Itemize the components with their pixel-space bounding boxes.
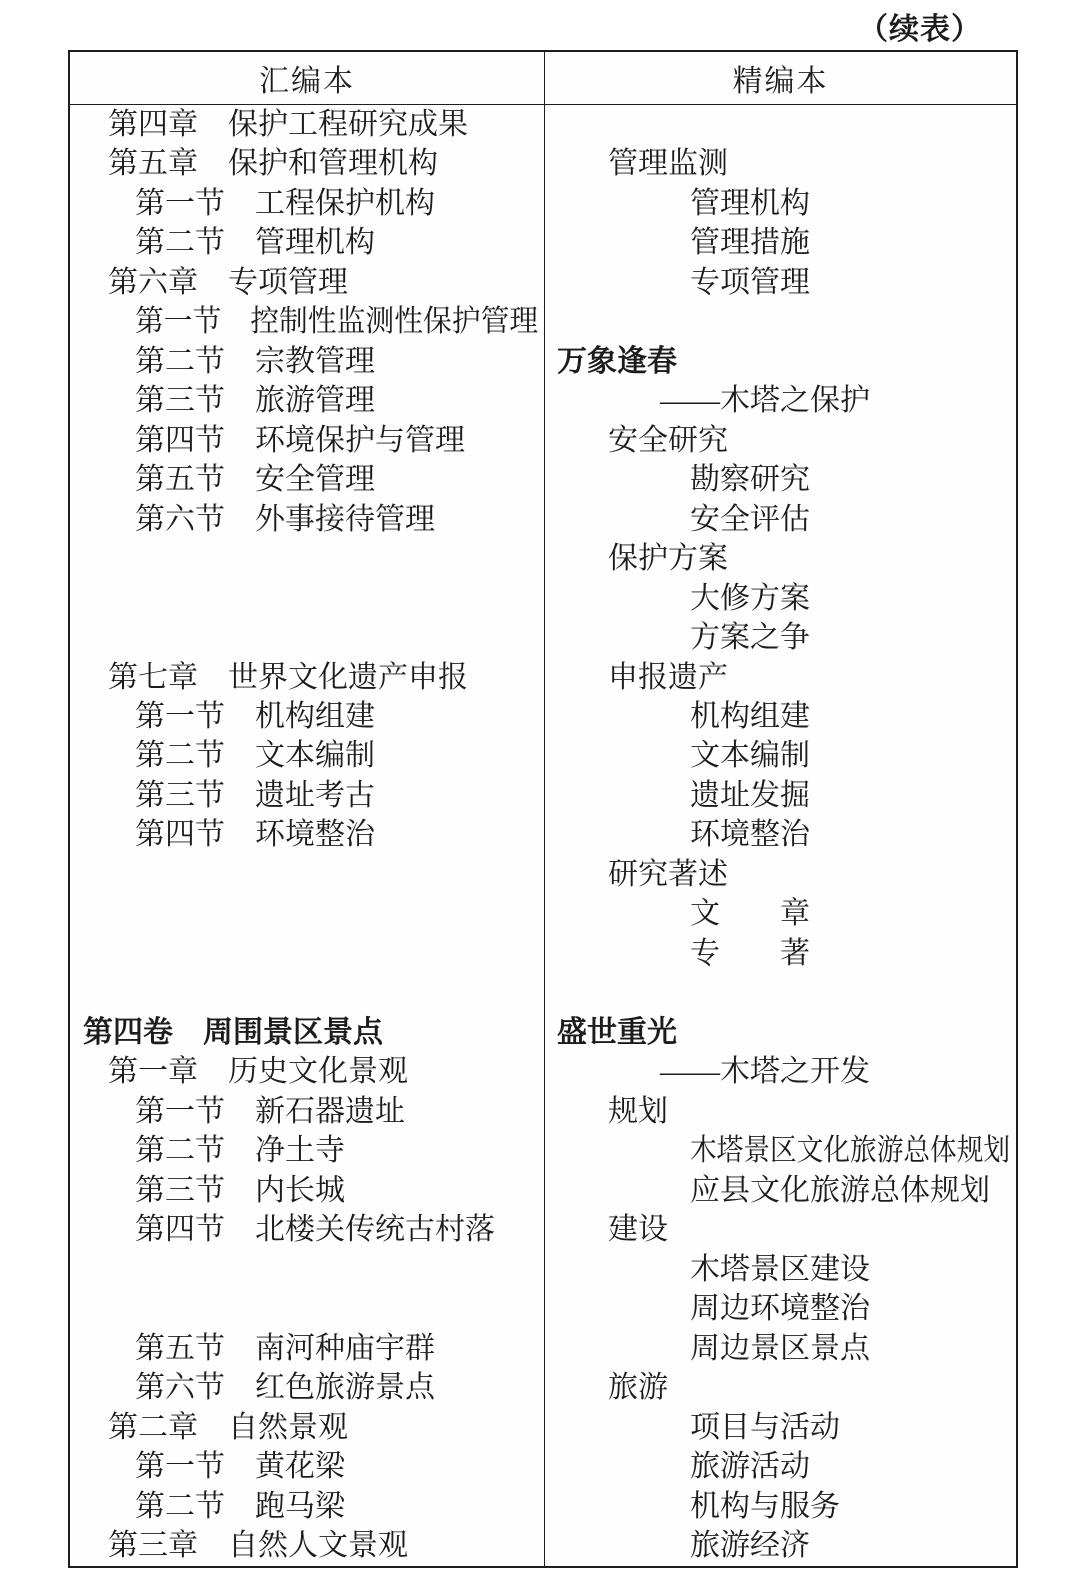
huibianben-cell: 第一节 新石器遗址 <box>70 1092 545 1131</box>
table-row: 第四卷 周围景区景点盛世重光 <box>70 1013 1016 1052</box>
toc-entry: 第二节 净土寺 <box>135 1136 345 1166</box>
huibianben-cell: 第一节 控制性监测性保护管理 <box>70 302 545 341</box>
toc-entry: 第一节 黄花梁 <box>135 1452 345 1482</box>
huibianben-cell <box>70 618 545 657</box>
jingbianben-cell: 旅游 <box>545 1369 1016 1408</box>
table-row: 第一章 历史文化景观——木塔之开发 <box>70 1053 1016 1092</box>
toc-entry: 应县文化旅游总体规划 <box>690 1176 990 1206</box>
huibianben-cell: 第二节 管理机构 <box>70 223 545 262</box>
jingbianben-cell: 专 著 <box>545 934 1016 973</box>
toc-entry: 第一节 控制性监测性保护管理 <box>135 307 538 337</box>
jingbianben-cell <box>545 302 1016 341</box>
table-row <box>70 974 1016 1013</box>
jingbianben-cell: 遗址发掘 <box>545 776 1016 815</box>
huibianben-cell: 第一节 黄花梁 <box>70 1447 545 1486</box>
toc-entry: 第六章 专项管理 <box>108 268 348 298</box>
table-row: 第五节 南河种庙宇群周边景区景点 <box>70 1329 1016 1368</box>
huibianben-cell: 第三章 自然人文景观 <box>70 1526 545 1565</box>
table-row: 第四节 环境保护与管理安全研究 <box>70 421 1016 460</box>
huibianben-cell: 第六节 外事接待管理 <box>70 500 545 539</box>
table-row: 第二节 净土寺木塔景区文化旅游总体规划 <box>70 1132 1016 1171</box>
toc-entry: 第四节 环境保护与管理 <box>135 426 465 456</box>
toc-entry: 木塔景区文化旅游总体规划 <box>690 1136 1010 1166</box>
table-header-row: 汇编本 精编本 <box>70 52 1016 105</box>
huibianben-cell <box>70 1250 545 1289</box>
toc-entry: 安全评估 <box>690 505 810 535</box>
jingbianben-cell: 文 章 <box>545 895 1016 934</box>
toc-entry: 保护方案 <box>608 544 728 574</box>
huibianben-cell: 第四卷 周围景区景点 <box>70 1013 545 1052</box>
toc-entry: 管理机构 <box>690 189 810 219</box>
jingbianben-cell: 盛世重光 <box>545 1013 1016 1052</box>
huibianben-cell: 第一节 工程保护机构 <box>70 184 545 223</box>
jingbianben-cell: 保护方案 <box>545 539 1016 578</box>
huibianben-cell: 第四节 环境整治 <box>70 816 545 855</box>
table-row: 第三节 内长城应县文化旅游总体规划 <box>70 1171 1016 1210</box>
table-body: 第四章 保护工程研究成果第五章 保护和管理机构管理监测第一节 工程保护机构管理机… <box>70 105 1016 1566</box>
toc-entry: 第二节 管理机构 <box>135 228 375 258</box>
huibianben-cell: 第一节 机构组建 <box>70 697 545 736</box>
toc-entry: 方案之争 <box>690 623 810 653</box>
toc-entry: 旅游 <box>608 1373 668 1403</box>
toc-entry: 遗址发掘 <box>690 781 810 811</box>
toc-entry: 第三节 旅游管理 <box>135 386 375 416</box>
huibianben-cell: 第三节 内长城 <box>70 1171 545 1210</box>
table-row: 专 著 <box>70 934 1016 973</box>
toc-entry: 文 章 <box>690 899 810 929</box>
jingbianben-cell: 周边环境整治 <box>545 1290 1016 1329</box>
jingbianben-cell <box>545 105 1016 144</box>
toc-entry: 第二章 自然景观 <box>108 1413 348 1443</box>
huibianben-cell: 第五节 安全管理 <box>70 460 545 499</box>
huibianben-cell <box>70 1290 545 1329</box>
toc-entry: 第三章 自然人文景观 <box>108 1531 408 1561</box>
huibianben-cell: 第五节 南河种庙宇群 <box>70 1329 545 1368</box>
table-row: 大修方案 <box>70 579 1016 618</box>
toc-entry: 第四节 环境整治 <box>135 820 375 850</box>
table-row: 研究著述 <box>70 855 1016 894</box>
huibianben-cell: 第六节 红色旅游景点 <box>70 1369 545 1408</box>
huibianben-cell: 第二节 文本编制 <box>70 737 545 776</box>
huibianben-cell <box>70 579 545 618</box>
jingbianben-cell: 管理措施 <box>545 223 1016 262</box>
jingbianben-cell: 管理监测 <box>545 144 1016 183</box>
toc-entry: 管理措施 <box>690 228 810 258</box>
toc-entry: ——木塔之保护 <box>660 386 870 416</box>
table-row: 第三章 自然人文景观旅游经济 <box>70 1526 1016 1565</box>
table-row: 第四节 北楼关传统古村落建设 <box>70 1211 1016 1250</box>
jingbianben-cell: 文本编制 <box>545 737 1016 776</box>
jingbianben-cell: 申报遗产 <box>545 658 1016 697</box>
toc-entry: 第六节 外事接待管理 <box>135 505 435 535</box>
table-row: 第二节 宗教管理万象逢春 <box>70 342 1016 381</box>
jingbianben-cell: 应县文化旅游总体规划 <box>545 1171 1016 1210</box>
toc-entry: 安全研究 <box>608 426 728 456</box>
header-jingbianben: 精编本 <box>545 52 1016 104</box>
huibianben-cell <box>70 539 545 578</box>
toc-entry: 第五节 南河种庙宇群 <box>135 1334 435 1364</box>
table-row: 第四节 环境整治环境整治 <box>70 816 1016 855</box>
huibianben-cell: 第四节 北楼关传统古村落 <box>70 1211 545 1250</box>
table-row: 第五节 安全管理勘察研究 <box>70 460 1016 499</box>
toc-entry: 旅游经济 <box>690 1531 810 1561</box>
jingbianben-cell: 旅游经济 <box>545 1526 1016 1565</box>
table-row: 第三节 旅游管理——木塔之保护 <box>70 381 1016 420</box>
huibianben-cell: 第五章 保护和管理机构 <box>70 144 545 183</box>
huibianben-cell: 第二章 自然景观 <box>70 1408 545 1447</box>
table-row: 第二章 自然景观项目与活动 <box>70 1408 1016 1447</box>
toc-entry: 研究著述 <box>608 860 728 890</box>
table-row: 第一节 机构组建机构组建 <box>70 697 1016 736</box>
toc-entry: 管理监测 <box>608 149 728 179</box>
table-row: 第一节 工程保护机构管理机构 <box>70 184 1016 223</box>
toc-entry: 第三节 内长城 <box>135 1176 345 1206</box>
toc-entry: 旅游活动 <box>690 1452 810 1482</box>
toc-entry: 第五章 保护和管理机构 <box>108 149 438 179</box>
toc-entry: 机构与服务 <box>690 1492 840 1522</box>
toc-entry: 机构组建 <box>690 702 810 732</box>
jingbianben-cell: 规划 <box>545 1092 1016 1131</box>
table-row: 第一节 控制性监测性保护管理 <box>70 302 1016 341</box>
toc-entry: 大修方案 <box>690 584 810 614</box>
table-row: 周边环境整治 <box>70 1290 1016 1329</box>
toc-entry: 第二节 宗教管理 <box>135 347 375 377</box>
toc-entry: 第三节 遗址考古 <box>135 781 375 811</box>
jingbianben-cell: 万象逢春 <box>545 342 1016 381</box>
continuation-label: （续表） <box>858 4 982 48</box>
toc-entry: 环境整治 <box>690 820 810 850</box>
table-row: 木塔景区建设 <box>70 1250 1016 1289</box>
jingbianben-cell: 木塔景区文化旅游总体规划 <box>545 1132 1016 1171</box>
toc-entry: 申报遗产 <box>608 663 728 693</box>
table-row: 第七章 世界文化遗产申报申报遗产 <box>70 658 1016 697</box>
jingbianben-cell: 大修方案 <box>545 579 1016 618</box>
toc-entry: 周边环境整治 <box>690 1294 870 1324</box>
toc-entry: 第二节 跑马梁 <box>135 1492 345 1522</box>
huibianben-cell: 第二节 净土寺 <box>70 1132 545 1171</box>
toc-entry: 第五节 安全管理 <box>135 465 375 495</box>
table-row: 第六章 专项管理专项管理 <box>70 263 1016 302</box>
jingbianben-cell: ——木塔之保护 <box>545 381 1016 420</box>
table-row: 方案之争 <box>70 618 1016 657</box>
toc-entry: 第一节 新石器遗址 <box>135 1097 405 1127</box>
toc-entry: ——木塔之开发 <box>660 1057 870 1087</box>
table-row: 第二节 管理机构管理措施 <box>70 223 1016 262</box>
jingbianben-cell: 方案之争 <box>545 618 1016 657</box>
huibianben-cell: 第三节 旅游管理 <box>70 381 545 420</box>
huibianben-cell <box>70 934 545 973</box>
toc-entry: 专项管理 <box>690 268 810 298</box>
toc-entry: 规划 <box>608 1097 668 1127</box>
jingbianben-cell: 机构与服务 <box>545 1487 1016 1526</box>
table-row: 第六节 外事接待管理安全评估 <box>70 500 1016 539</box>
jingbianben-cell: 木塔景区建设 <box>545 1250 1016 1289</box>
toc-entry: 专 著 <box>690 939 810 969</box>
jingbianben-cell: 机构组建 <box>545 697 1016 736</box>
toc-entry: 周边景区景点 <box>690 1334 870 1364</box>
toc-entry: 勘察研究 <box>690 465 810 495</box>
toc-entry: 第四节 北楼关传统古村落 <box>135 1215 495 1245</box>
table-row: 第六节 红色旅游景点旅游 <box>70 1369 1016 1408</box>
jingbianben-cell: ——木塔之开发 <box>545 1053 1016 1092</box>
huibianben-cell: 第七章 世界文化遗产申报 <box>70 658 545 697</box>
huibianben-cell: 第一章 历史文化景观 <box>70 1053 545 1092</box>
jingbianben-cell: 项目与活动 <box>545 1408 1016 1447</box>
table-row: 第五章 保护和管理机构管理监测 <box>70 144 1016 183</box>
jingbianben-cell <box>545 974 1016 1013</box>
toc-comparison-table: 汇编本 精编本 第四章 保护工程研究成果第五章 保护和管理机构管理监测第一节 工… <box>68 50 1018 1568</box>
toc-entry: 万象逢春 <box>557 347 677 377</box>
toc-entry: 第六节 红色旅游景点 <box>135 1373 435 1403</box>
jingbianben-cell: 周边景区景点 <box>545 1329 1016 1368</box>
table-row: 第三节 遗址考古遗址发掘 <box>70 776 1016 815</box>
jingbianben-cell: 旅游活动 <box>545 1447 1016 1486</box>
jingbianben-cell: 建设 <box>545 1211 1016 1250</box>
toc-entry: 项目与活动 <box>690 1413 840 1443</box>
huibianben-cell: 第六章 专项管理 <box>70 263 545 302</box>
toc-entry: 第一节 工程保护机构 <box>135 189 435 219</box>
toc-entry: 建设 <box>608 1215 668 1245</box>
toc-entry: 第一节 机构组建 <box>135 702 375 732</box>
header-huibianben: 汇编本 <box>70 52 545 104</box>
toc-entry: 第四章 保护工程研究成果 <box>108 110 468 140</box>
table-row: 第二节 文本编制文本编制 <box>70 737 1016 776</box>
table-row: 第四章 保护工程研究成果 <box>70 105 1016 144</box>
toc-entry: 文本编制 <box>690 741 810 771</box>
huibianben-cell: 第二节 宗教管理 <box>70 342 545 381</box>
huibianben-cell: 第四章 保护工程研究成果 <box>70 105 545 144</box>
toc-entry: 第一章 历史文化景观 <box>108 1057 408 1087</box>
jingbianben-cell: 专项管理 <box>545 263 1016 302</box>
huibianben-cell <box>70 895 545 934</box>
jingbianben-cell: 管理机构 <box>545 184 1016 223</box>
toc-entry: 第二节 文本编制 <box>135 741 375 771</box>
huibianben-cell <box>70 855 545 894</box>
table-row: 第二节 跑马梁机构与服务 <box>70 1487 1016 1526</box>
table-row: 第一节 新石器遗址规划 <box>70 1092 1016 1131</box>
jingbianben-cell: 勘察研究 <box>545 460 1016 499</box>
toc-entry: 盛世重光 <box>557 1018 677 1048</box>
jingbianben-cell: 安全评估 <box>545 500 1016 539</box>
table-row: 第一节 黄花梁旅游活动 <box>70 1447 1016 1486</box>
table-row: 文 章 <box>70 895 1016 934</box>
huibianben-cell <box>70 974 545 1013</box>
jingbianben-cell: 环境整治 <box>545 816 1016 855</box>
toc-entry: 第四卷 周围景区景点 <box>83 1018 383 1048</box>
huibianben-cell: 第二节 跑马梁 <box>70 1487 545 1526</box>
toc-entry: 第七章 世界文化遗产申报 <box>108 663 468 693</box>
jingbianben-cell: 研究著述 <box>545 855 1016 894</box>
table-row: 保护方案 <box>70 539 1016 578</box>
huibianben-cell: 第三节 遗址考古 <box>70 776 545 815</box>
huibianben-cell: 第四节 环境保护与管理 <box>70 421 545 460</box>
toc-entry: 木塔景区建设 <box>690 1255 870 1285</box>
jingbianben-cell: 安全研究 <box>545 421 1016 460</box>
